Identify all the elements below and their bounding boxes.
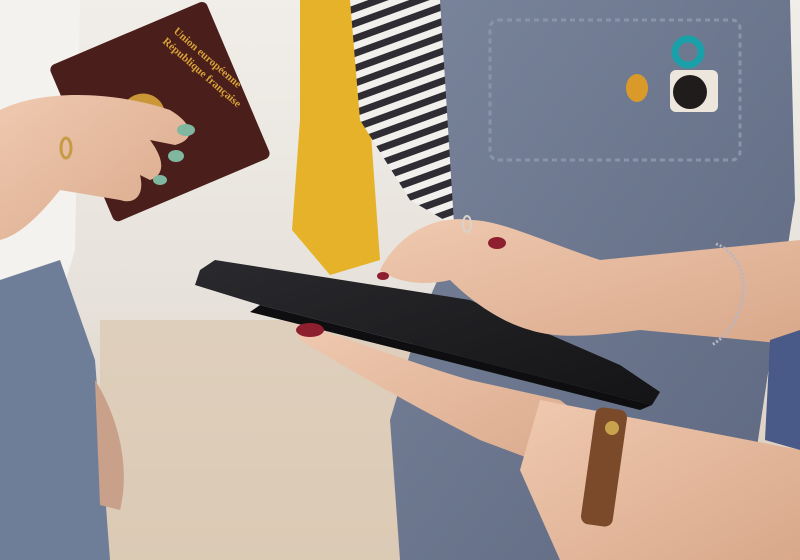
photo-illustration: Union européenne République française [0, 0, 800, 560]
photo-scene: Union européenne République française [0, 0, 800, 560]
black-pin-icon [673, 75, 707, 109]
orange-pin-icon [626, 74, 648, 102]
green-nail [177, 124, 195, 136]
watch-buckle [605, 421, 619, 435]
red-nail [296, 323, 324, 337]
